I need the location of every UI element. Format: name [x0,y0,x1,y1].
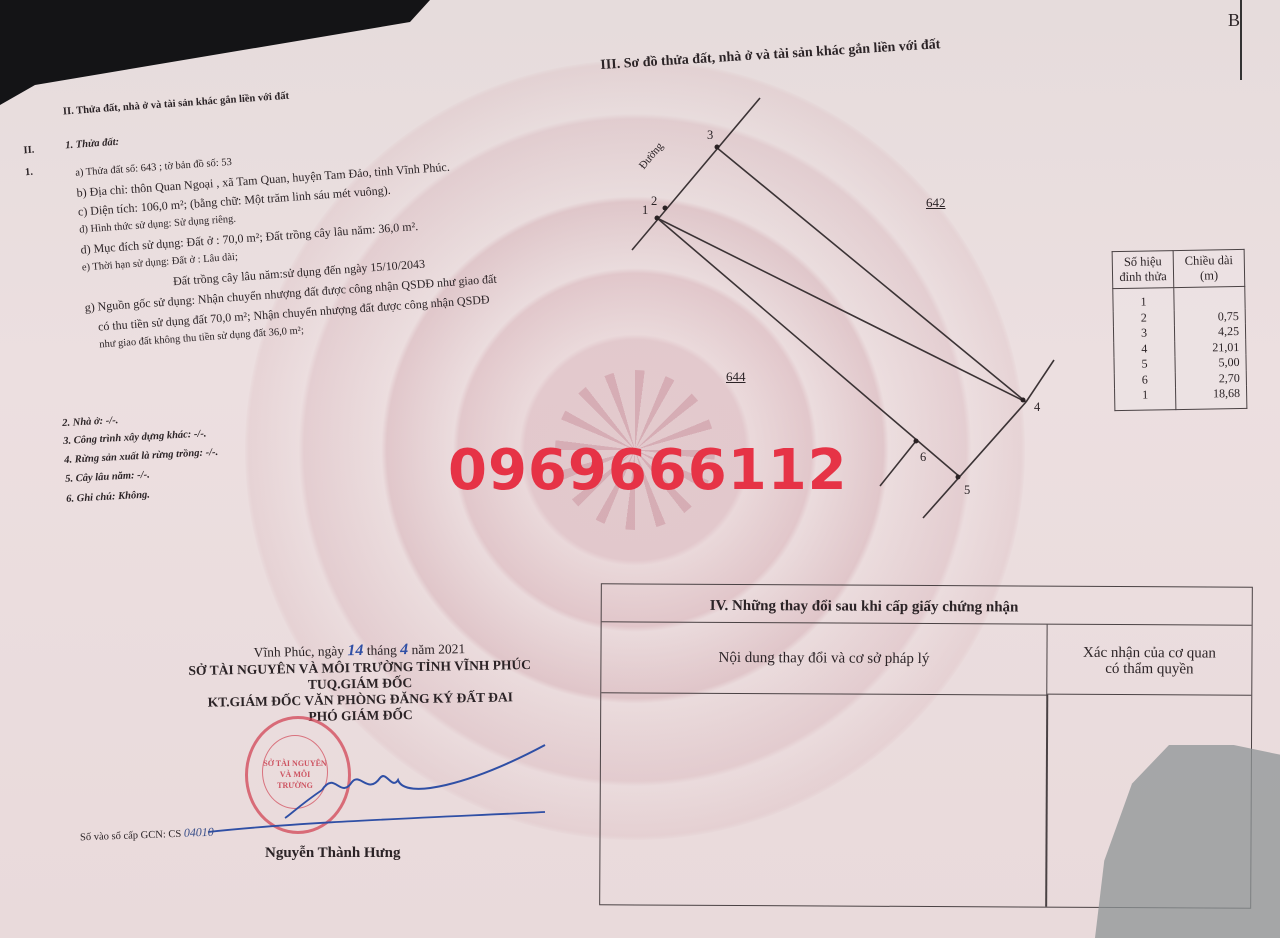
authority-header-line1: Xác nhận của cơ quan [1047,645,1251,662]
vertex-2-label: 2 [651,194,657,209]
table-row: 118,68 [1115,386,1247,410]
authority-confirmation-header: Xác nhận của cơ quan có thẩm quyền [1047,625,1251,696]
vertex-1-label: 1 [642,203,648,218]
vertex-cell: 3 [1113,325,1174,342]
authority-header-line2: có thẩm quyền [1047,661,1251,678]
vertex-cell: 1 [1115,387,1176,410]
changes-content-header: Nội dung thay đổi và cơ sở pháp lý [601,622,1047,695]
vertex-cell: 4 [1114,341,1175,358]
length-cell: 4,25 [1174,324,1245,341]
length-cell [1174,286,1245,309]
section-iv-title: IV. Những thay đổi sau khi cấp giấy chứn… [602,584,1252,625]
vertex-5-label: 5 [964,483,970,498]
vertex-3-label: 3 [707,128,713,143]
vertex-cell: 2 [1113,310,1174,327]
edge-length-table: Số hiệu đỉnh thửa Chiều dài (m) 120,7534… [1112,249,1248,411]
length-cell: 2,70 [1175,370,1246,387]
neighbor-parcel-644: 644 [726,369,746,385]
phone-number-overlay: 0969666112 [448,438,848,503]
vertex-header: Số hiệu đỉnh thửa [1112,251,1174,289]
length-cell: 0,75 [1174,308,1245,325]
table-row: 55,00 [1114,355,1246,373]
vertex-cell: 5 [1114,356,1175,373]
table-row: 1 [1113,286,1245,310]
length-cell: 21,01 [1175,339,1246,356]
length-cell: 18,68 [1175,386,1246,409]
vertex-4-label: 4 [1034,400,1040,415]
neighbor-parcel-642: 642 [926,195,946,211]
vertex-cell: 1 [1113,288,1174,311]
vertex-6-label: 6 [920,450,926,465]
length-header: Chiều dài (m) [1173,249,1245,287]
length-cell: 5,00 [1175,355,1246,372]
column-divider [1045,695,1048,907]
vertex-cell: 6 [1114,372,1175,389]
table-row: 34,25 [1113,324,1245,342]
